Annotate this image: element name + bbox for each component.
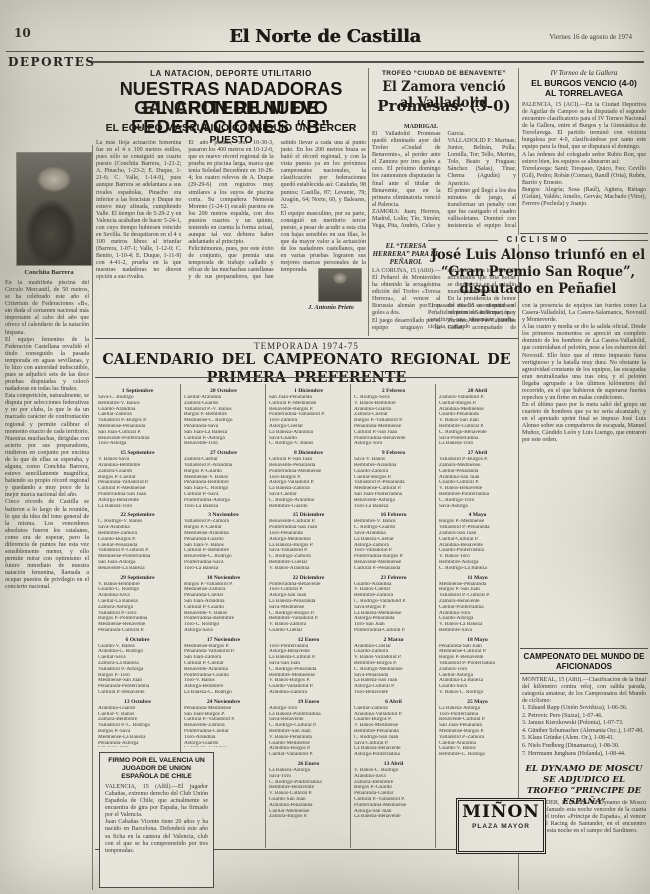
matchday-date: 26 Enero bbox=[269, 761, 348, 768]
ciclismo-col1: El pasado día 15 se disputó en Peñafiel … bbox=[428, 303, 514, 339]
result-line: 5. Klaus Grünke (Alem. Or.), 1-08-41. bbox=[522, 735, 646, 743]
result-line: 3. Janusz Kierzkowski (Polonia), 1-07-73… bbox=[522, 720, 646, 728]
section-label: DEPORTES bbox=[8, 55, 96, 69]
fixture: Cultural P.-Peñaranda bbox=[354, 566, 433, 572]
matchday-date: 9 Febrero bbox=[354, 450, 433, 457]
fixture: La Bañeza-Toro bbox=[439, 441, 516, 447]
matchday-date: 24 Noviembre bbox=[184, 699, 263, 706]
matchday-date: 27 Octubre bbox=[184, 450, 263, 457]
mundial-bottom-rule bbox=[520, 673, 648, 674]
calendar-column-3: 1 DiciembreSan Juan-PeñarandaCultural P.… bbox=[269, 385, 348, 847]
calendar-title: CALENDARIO DEL CAMPEONATO REGIONAL DE PR… bbox=[97, 351, 516, 387]
header-rule bbox=[6, 51, 644, 52]
matchday-date: 12 Enero bbox=[269, 637, 348, 644]
matchday-date: 3 Noviembre bbox=[184, 512, 263, 519]
fixture: Guardo-Cuéllar bbox=[269, 628, 348, 634]
mundial-title: CAMPEONATO DEL MUNDO DE AFICIONADOS bbox=[522, 652, 646, 671]
minon-ad-name: MIÑON bbox=[459, 801, 543, 823]
matchday-date: 4 Mayo bbox=[439, 512, 516, 519]
calendar-sep-2 bbox=[265, 384, 266, 848]
fixture: V. Baños-Arandina bbox=[269, 566, 348, 572]
fixture: V. Baños-C. Rodrigo bbox=[439, 690, 516, 696]
fixture: Toro-La Bañeza bbox=[184, 566, 263, 572]
valencia-body: VALENCIA, 15 (Alfil).—El jugador Cabañas… bbox=[105, 784, 208, 855]
calendar-column-1: 1 SeptiembreSava-C. RodrigoBembibre-V. B… bbox=[98, 385, 177, 747]
matchday-date: 20 Octubre bbox=[184, 388, 263, 395]
prieto-credit: J. Antonio Prieto bbox=[296, 304, 366, 311]
prieto-photo bbox=[318, 268, 362, 302]
matchday-date: 6 Abril bbox=[354, 699, 433, 706]
matchday-date: 13 Abril bbox=[354, 761, 433, 768]
matchday-date: 25 Mayo bbox=[439, 699, 516, 706]
fixture: Peñaranda-Cultural P. bbox=[98, 628, 177, 634]
section-rule bbox=[92, 61, 644, 63]
matchday-date: 18 Mayo bbox=[439, 637, 516, 644]
matchday-date: 2 Marzo bbox=[354, 637, 433, 644]
matchday-date: 15 Diciembre bbox=[269, 512, 348, 519]
fixture: Ponferradina-Cultural P. bbox=[354, 628, 433, 634]
swim-kicker: LA NATACION, DEPORTE UTILITARIO bbox=[96, 69, 366, 78]
fixture: Astorga-Toro bbox=[354, 441, 433, 447]
burgos-headline-2: AL TORRELAVEGA bbox=[522, 88, 646, 98]
fixture: Bembibre-Sava bbox=[439, 628, 516, 634]
calendar-top-rule bbox=[95, 338, 518, 339]
matchday-date: 1 Septiembre bbox=[98, 388, 177, 395]
fixture: Arandina-Zamora bbox=[269, 690, 348, 696]
fixture: Benavente-La Bañeza bbox=[98, 566, 177, 572]
edition-date: Viernes 16 de agosto de 1974 bbox=[549, 33, 632, 41]
matchday-date: 11 Mayo bbox=[439, 575, 516, 582]
zamora-headline-2: Promesas: (3-0) bbox=[370, 97, 518, 115]
swimmer-photo bbox=[16, 152, 92, 266]
fixture: Zamora-Burgos P. bbox=[269, 814, 348, 820]
calendar-column-4: 2 FebreroC. Rodrigo-SavaV. Baños-Bembibr… bbox=[354, 385, 433, 847]
burgos-body: PALENCIA, 15 (ACI).—En la Ciudad Deporti… bbox=[522, 102, 646, 232]
fixture: Cuéllar-Valladolid P. bbox=[269, 752, 348, 758]
ciclismo-col2: con la presencia de equipos tan fuertes … bbox=[522, 303, 646, 643]
matchday-date: 1 Diciembre bbox=[269, 388, 348, 395]
matchday-date: 27 Abril bbox=[439, 450, 516, 457]
matchday-date: 13 Octubre bbox=[98, 699, 177, 706]
matchday-date: 16 Febrero bbox=[354, 512, 433, 519]
fixture: La Bañeza-Toro bbox=[98, 504, 177, 510]
fixture: San Juan-Toro bbox=[98, 746, 177, 747]
valencia-box: FIRMO POR EL VALENCIA UN JUGADOR DE UNIO… bbox=[99, 752, 214, 888]
photo-caption: Conchita Barrera bbox=[6, 269, 92, 276]
ciclismo-headline: José Luis Alonso triunfó en el “Gran Pre… bbox=[430, 247, 645, 298]
fixture: La Bañeza-Benavente bbox=[354, 814, 433, 820]
fixture: Toro-La Bañeza bbox=[184, 504, 263, 510]
calendar-column-2: 20 OctubreCuéllar-ArandinaZamora-GuardoV… bbox=[184, 385, 263, 747]
fixture: Toro-Benavente bbox=[354, 690, 433, 696]
zamora-byline: MADRIGAL bbox=[372, 124, 438, 130]
fixture: Toro-La Bañeza bbox=[354, 504, 433, 510]
zamora-kicker: TROFEO “CIUDAD DE BENAVENTE” bbox=[372, 70, 516, 77]
fixture: La Bañeza-C. Rodrigo bbox=[184, 690, 263, 696]
fixture: La Bañeza-V. Baños bbox=[184, 746, 263, 747]
burgos-bottom-rule bbox=[520, 233, 648, 234]
calendar-season: TEMPORADA 1974-75 bbox=[95, 341, 518, 351]
calendar-column-5: 20 AbrilZamora-Valladolid P.Cuéllar-Burg… bbox=[439, 385, 516, 793]
fixture: Toro-Astorga bbox=[98, 441, 177, 447]
matchday-date: 19 Enero bbox=[269, 699, 348, 706]
calendar-sep-3 bbox=[350, 384, 351, 848]
fixture: Astorga-Ponferradina bbox=[354, 752, 433, 758]
mundial-intro: MONTREAL, 15 (Alfil).—Clasificación de l… bbox=[522, 677, 646, 703]
fixture: Astorga-Sava bbox=[184, 628, 263, 634]
zamora-body: El Valladolid Promesas quedó eliminado a… bbox=[372, 131, 516, 237]
result-line: 7. Herrmann Junghans (Holanda), 1-08-44. bbox=[522, 751, 646, 759]
matchday-date: 29 Septiembre bbox=[98, 575, 177, 582]
fixture: C. Rodrigo-La Bañeza bbox=[439, 566, 516, 572]
fixture: Benavente-Toro bbox=[184, 441, 263, 447]
fixture: Sava-Astorga bbox=[439, 504, 516, 510]
fixture: C. Rodrigo-V. Baños bbox=[269, 441, 348, 447]
matchday-date: 22 Diciembre bbox=[269, 575, 348, 582]
fixture: Bembibre-C. Rodrigo bbox=[439, 752, 516, 758]
matchday-date: 20 Abril bbox=[439, 388, 516, 395]
matchday-date: 6 Octubre bbox=[98, 637, 177, 644]
result-line: 1. Eduard Rapp (Unión Soviética), 1-06-3… bbox=[522, 705, 646, 713]
matchday-date: 8 Diciembre bbox=[269, 450, 348, 457]
matchday-date: 10 Noviembre bbox=[184, 575, 263, 582]
ciclismo-section-label: CICLISMO bbox=[498, 235, 578, 244]
matchday-date: 23 Febrero bbox=[354, 575, 433, 582]
minon-ad-sub: PLAZA MAYOR bbox=[459, 823, 543, 830]
matchday-date: 15 Septiembre bbox=[98, 450, 177, 457]
column-rule-right bbox=[518, 68, 519, 890]
newspaper-page: 10 El Norte de Castilla Viernes 16 de ag… bbox=[0, 0, 650, 894]
mundial-top-rule bbox=[520, 648, 648, 649]
fixture: Cultural P.-Benavente bbox=[98, 690, 177, 696]
calendar-sep-4 bbox=[435, 384, 436, 848]
fixture: Bembibre-Guardo bbox=[269, 504, 348, 510]
matchday-date: 2 Febrero bbox=[354, 388, 433, 395]
burgos-kicker: IV Torneo de la Gallera bbox=[522, 69, 646, 77]
matchday-date: 17 Noviembre bbox=[184, 637, 263, 644]
valencia-title: FIRMO POR EL VALENCIA UN JUGADOR DE UNIO… bbox=[104, 757, 209, 781]
burgos-headline-1: EL BURGOS VENCIO (4-0) bbox=[522, 78, 646, 88]
mundial-results-list: 1. Eduard Rapp (Unión Soviética), 1-06-3… bbox=[522, 705, 646, 758]
column-rule-left bbox=[92, 145, 93, 890]
minon-ad: MIÑON PLAZA MAYOR bbox=[456, 798, 546, 854]
matchday-date: 22 Septiembre bbox=[98, 512, 177, 519]
result-line: 6. Niels Fredborg (Dinamarca), 1-08-30. bbox=[522, 743, 646, 751]
swim-left-column: En la madrileña piscina del Círculo Merc… bbox=[5, 280, 89, 888]
calendar-title-rule bbox=[95, 377, 518, 378]
